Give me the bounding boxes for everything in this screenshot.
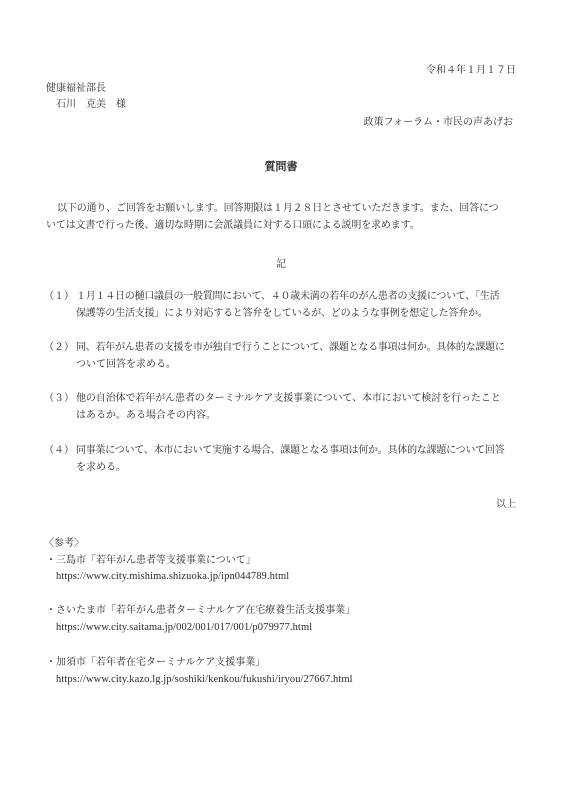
document-title: 質問書 — [0, 161, 562, 172]
question-text-line-1: １月１４日の樋口議員の一般質問において、４０歳未満の若年のがん患者の支援について… — [76, 292, 499, 302]
reference-url[interactable]: https://www.city.saitama.jp/002/001/017/… — [56, 623, 312, 634]
sender-name: 政策フォーラム・市民の声あげお — [364, 118, 513, 128]
bullet: ・ — [46, 658, 56, 668]
question-label: （１） — [44, 292, 74, 302]
recipient-department: 健康福祉部長 — [46, 84, 106, 94]
references-heading: 〈参考〉 — [44, 539, 84, 549]
intro-line-2: いては文書で行った後、適切な時期に会派議員に対する口頭による説明を求めます。 — [46, 221, 420, 231]
recipient-name: 石川 克美 様 — [56, 100, 126, 110]
intro-line-1: 以下の通り、ご回答をお願いします。回答期限は１月２８日とさせていただきます。また… — [57, 204, 498, 214]
question-label: （２） — [44, 343, 74, 353]
document-date: 令和４年１月１７日 — [426, 66, 516, 76]
reference-title: さいたま市「若年がん患者ターミナルケア在宅療養生活支援事業」 — [56, 606, 355, 616]
question-text-line-2: ついて回答を求める。 — [76, 360, 176, 370]
ki-heading: 記 — [0, 260, 562, 270]
question-text-line-2: はあるか。ある場合その内容。 — [76, 411, 216, 421]
question-text-line-2: を求める。 — [76, 463, 126, 473]
question-label: （４） — [44, 446, 74, 456]
reference-url[interactable]: https://www.city.mishima.shizuoka.jp/ipn… — [56, 572, 289, 583]
reference-url[interactable]: https://www.city.kazo.lg.jp/soshiki/kenk… — [56, 675, 353, 686]
question-text-line-1: 同事業について、本市において実施する場合、課題となる事項は何か。具体的な課題につ… — [76, 446, 504, 456]
bullet: ・ — [46, 606, 56, 616]
bullet: ・ — [46, 556, 56, 566]
reference-title: 加須市「若年者在宅ターミナルケア支援事業」 — [56, 658, 265, 668]
question-text-line-1: 同、若年がん患者の支援を市が独自で行うことについて、課題となる事項は何か。具体的… — [76, 343, 505, 353]
question-text-line-1: 他の自治体で若年がん患者のターミナルケア支援事業について、本市において検討を行っ… — [76, 394, 501, 404]
question-text-line-2: 保護等の生活支援」により対応すると答弁をしているが、どのような事例を想定した答弁… — [76, 309, 488, 319]
question-label: （３） — [44, 394, 74, 404]
closing-text: 以上 — [496, 500, 516, 510]
reference-title: 三島市「若年がん患者等支援事業について」 — [56, 556, 256, 566]
